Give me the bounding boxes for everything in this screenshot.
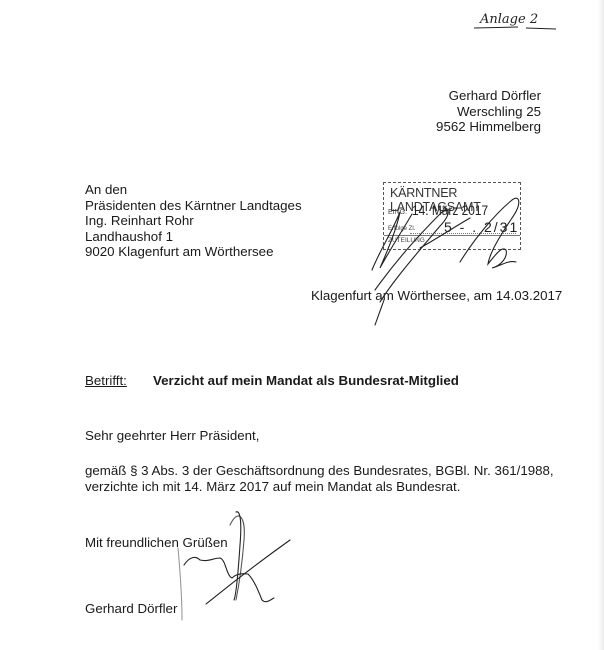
- place-date: Klagenfurt am Wörthersee, am 14.03.2017: [311, 288, 562, 304]
- stamp-number-value: 5 - . 2/31: [444, 219, 519, 235]
- sender-city: 9562 Himmelberg: [436, 119, 541, 135]
- stamp-received-label: EING.: [388, 209, 407, 216]
- recipient-address: An den Präsidenten des Kärntner Landtage…: [85, 182, 302, 260]
- recipient-line: 9020 Klagenfurt am Wörthersee: [85, 244, 302, 260]
- recipient-line: Landhaushof 1: [85, 229, 302, 245]
- recipient-line: Ing. Reinhart Rohr: [85, 213, 302, 229]
- stamp-divider: [384, 235, 520, 236]
- subject-text: Verzicht auf mein Mandat als Bundesrat-M…: [153, 373, 459, 389]
- body-line: gemäß § 3 Abs. 3 der Geschäftsordnung de…: [85, 463, 554, 479]
- closing: Mit freundlichen Grüßen: [85, 535, 228, 551]
- annex-handwritten-label: Anlage 2: [470, 8, 560, 32]
- salutation: Sehr geehrter Herr Präsident,: [85, 428, 259, 444]
- page-edge-shadow: [598, 0, 604, 650]
- stamp-assignment-label: ZUTEILUNG: [388, 237, 425, 244]
- subject-label: Betrifft:: [85, 373, 127, 389]
- sender-address: Gerhard Dörfler Werschling 25 9562 Himme…: [436, 88, 541, 135]
- svg-text:Anlage 2: Anlage 2: [479, 12, 538, 27]
- recipient-line: An den: [85, 182, 302, 198]
- stamp-number-label: Erfolge Zl.: [388, 226, 415, 232]
- signer-name: Gerhard Dörfler: [85, 601, 177, 617]
- sender-street: Werschling 25: [436, 104, 541, 120]
- letter-signature-icon: [178, 512, 290, 620]
- letter-page: Anlage 2 Gerhard Dörfler Werschling 25 9…: [0, 0, 604, 650]
- body-line: verzichte ich mit 14. März 2017 auf mein…: [85, 479, 554, 495]
- sender-name: Gerhard Dörfler: [436, 88, 541, 104]
- stamp-received-date: 14. März 2017: [412, 202, 488, 218]
- letter-body: gemäß § 3 Abs. 3 der Geschäftsordnung de…: [85, 463, 554, 494]
- recipient-line: Präsidenten des Kärntner Landtages: [85, 198, 302, 214]
- receipt-stamp: KÄRNTNER LANDTAGSAMT EING. 14. März 2017…: [383, 182, 521, 250]
